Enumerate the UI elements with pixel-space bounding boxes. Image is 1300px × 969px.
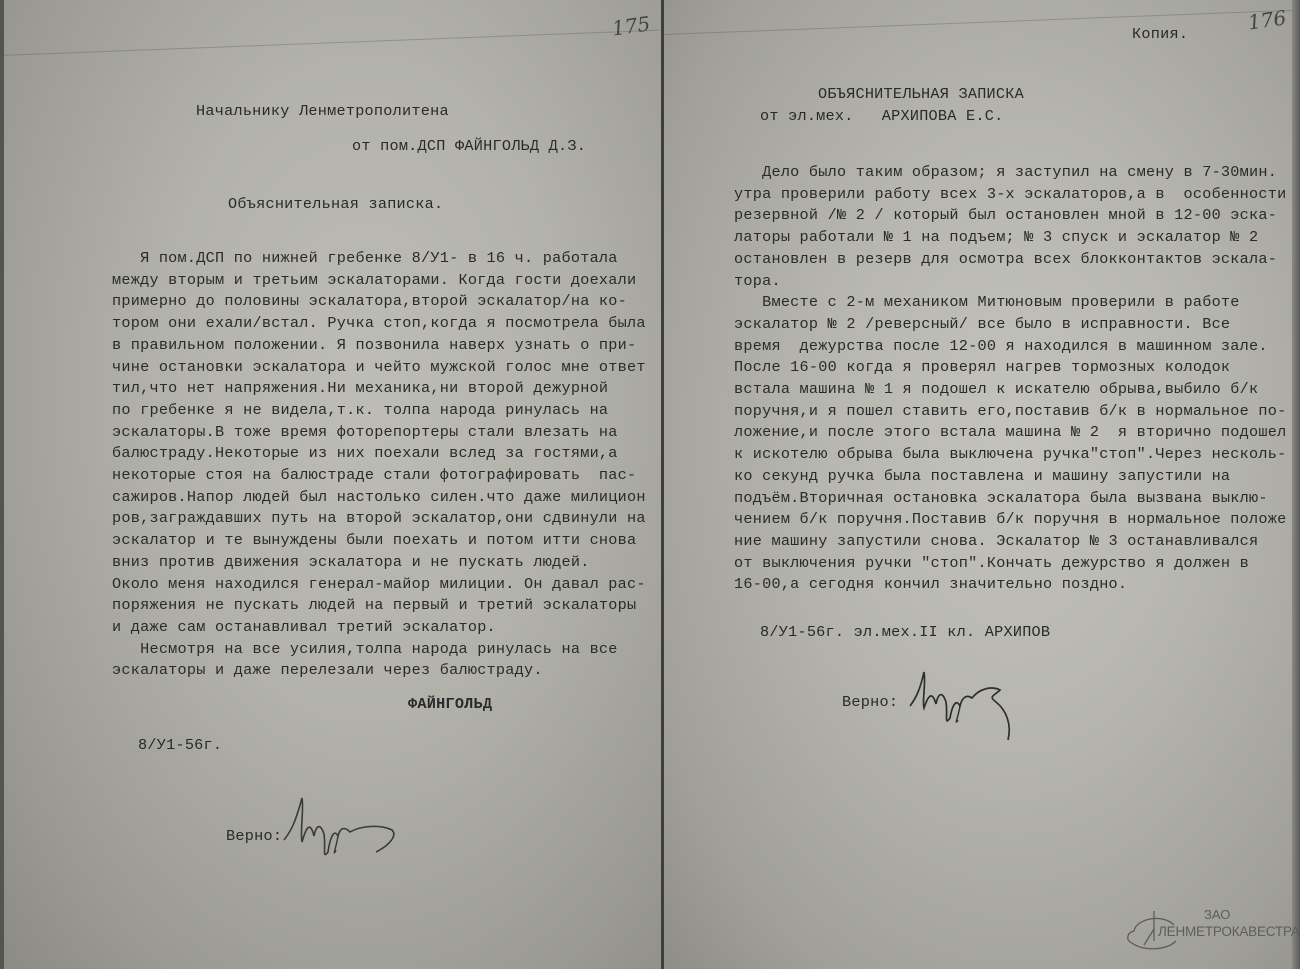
document-title: Объяснительная записка. bbox=[228, 194, 443, 216]
text-line: тором они ехали/встал. Ручка стоп,когда … bbox=[112, 313, 646, 335]
left-page: 175 Начальнику Ленметрополитена от пом.Д… bbox=[0, 0, 662, 969]
text-line: в правильном положении. Я позвонила наве… bbox=[112, 335, 646, 357]
watermark-line1: ЗАО bbox=[1204, 907, 1230, 922]
paper-crease bbox=[0, 30, 660, 56]
text-line: ко секунд ручка была поставлена и машину… bbox=[734, 466, 1286, 488]
text-line: по гребенке я не видела,т.к. толпа народ… bbox=[112, 400, 646, 422]
text-line: балюстраду.Некоторые из них поехали всле… bbox=[112, 443, 646, 465]
author-line: от пом.ДСП ФАЙНГОЛЬД Д.З. bbox=[352, 136, 586, 158]
text-line: тора. bbox=[734, 271, 1286, 293]
page-edge bbox=[1292, 0, 1300, 969]
text-line: Я пом.ДСП по нижней гребенке 8/У1- в 16 … bbox=[112, 248, 646, 270]
text-line: встала машина № 1 я подошел к искателю о… bbox=[734, 379, 1286, 401]
paper-crease bbox=[664, 10, 1300, 35]
text-line: 16-00,а сегодня кончил значительно поздн… bbox=[734, 574, 1286, 596]
text-line: резервной /№ 2 / который был остановлен … bbox=[734, 205, 1286, 227]
text-line: тил,что нет напряжения.Ни механика,ни вт… bbox=[112, 378, 646, 400]
page-edge bbox=[0, 0, 4, 969]
text-line: чине остановки эскалатора и чейто мужско… bbox=[112, 357, 646, 379]
text-line: эскалатор № 2 /реверсный/ все было в исп… bbox=[734, 314, 1286, 336]
text-line: После 16-00 когда я проверял нагрев торм… bbox=[734, 357, 1286, 379]
certification-label: Верно: bbox=[226, 826, 282, 848]
text-line: Дело было таким образом; я заступил на с… bbox=[734, 162, 1286, 184]
text-line: вниз против движения эскалатора и не пус… bbox=[112, 552, 646, 574]
text-line: эскалаторы и даже перелезали через балюс… bbox=[112, 660, 646, 682]
document-date: 8/У1-56г. bbox=[138, 735, 222, 757]
text-line: и даже сам останавливал третий эскалатор… bbox=[112, 617, 646, 639]
text-line: ложение,и после этого встала машина № 2 … bbox=[734, 422, 1286, 444]
text-line: поряжения не пускать людей на первый и т… bbox=[112, 595, 646, 617]
typed-signature: ФАЙНГОЛЬД bbox=[408, 694, 492, 716]
author-line: от эл.мех. АРХИПОВА Е.С. bbox=[760, 106, 1003, 128]
document-title: ОБЪЯСНИТЕЛЬНАЯ ЗАПИСКА bbox=[818, 84, 1024, 106]
text-line: некоторые стоя на балюстраде стали фотог… bbox=[112, 465, 646, 487]
addressee: Начальнику Ленметрополитена bbox=[196, 101, 449, 123]
text-line: латоры работали № 1 на подъем; № 3 спуск… bbox=[734, 227, 1286, 249]
text-line: ние машину запустили снова. Эскалатор № … bbox=[734, 531, 1286, 553]
text-line: сажиров.Напор людей был настолько силен.… bbox=[112, 487, 646, 509]
folio-number: 176 bbox=[1247, 5, 1288, 34]
text-line: утра проверили работу всех 3-х эскалатор… bbox=[734, 184, 1286, 206]
text-line: между вторым и третьим эскалаторами. Ког… bbox=[112, 270, 646, 292]
text-line: ров,заграждавших путь на второй эскалато… bbox=[112, 508, 646, 530]
text-line: эскалаторы.В тоже время фоторепортеры ст… bbox=[112, 422, 646, 444]
body-text: Я пом.ДСП по нижней гребенке 8/У1- в 16 … bbox=[112, 248, 646, 682]
text-line: Вместе с 2-м механиком Митюновым провери… bbox=[734, 292, 1286, 314]
handwritten-signature bbox=[280, 790, 420, 865]
text-line: примерно до половины эскалатора,второй э… bbox=[112, 291, 646, 313]
text-line: Около меня находился генерал-майор милиц… bbox=[112, 574, 646, 596]
text-line: время дежурства после 12-00 я находился … bbox=[734, 336, 1286, 358]
date-and-signature-line: 8/У1-56г. эл.мех.II кл. АРХИПОВ bbox=[760, 622, 1050, 644]
text-line: к искотелю обрыва была выключена ручка"с… bbox=[734, 444, 1286, 466]
text-line: от выключения ручки "стоп".Кончать дежур… bbox=[734, 553, 1286, 575]
certification-label: Верно: bbox=[842, 692, 898, 714]
company-watermark-logo: ЗАО ЛЕНМЕТРОКАВЕСТРАНС bbox=[1122, 905, 1300, 955]
folio-number: 175 bbox=[611, 11, 652, 40]
text-line: поручня,и я пошел ставить его,поставив б… bbox=[734, 401, 1286, 423]
text-line: Несмотря на все усилия,толпа народа рину… bbox=[112, 639, 646, 661]
text-line: эскалатор и те вынуждены были поехать и … bbox=[112, 530, 646, 552]
text-line: подъём.Вторичная остановка эскалатора бы… bbox=[734, 488, 1286, 510]
right-page: 176 Копия. ОБЪЯСНИТЕЛЬНАЯ ЗАПИСКА от эл.… bbox=[664, 0, 1300, 969]
text-line: остановлен в резерв для осмотра всех бло… bbox=[734, 249, 1286, 271]
text-line: чением б/к поручня.Поставив б/к поручня … bbox=[734, 509, 1286, 531]
body-text: Дело было таким образом; я заступил на с… bbox=[734, 162, 1286, 596]
watermark-brand: ЛЕНМЕТРОКАВЕСТРАНС bbox=[1158, 924, 1300, 939]
handwritten-signature bbox=[904, 668, 1044, 748]
copy-mark: Копия. bbox=[1132, 24, 1188, 46]
